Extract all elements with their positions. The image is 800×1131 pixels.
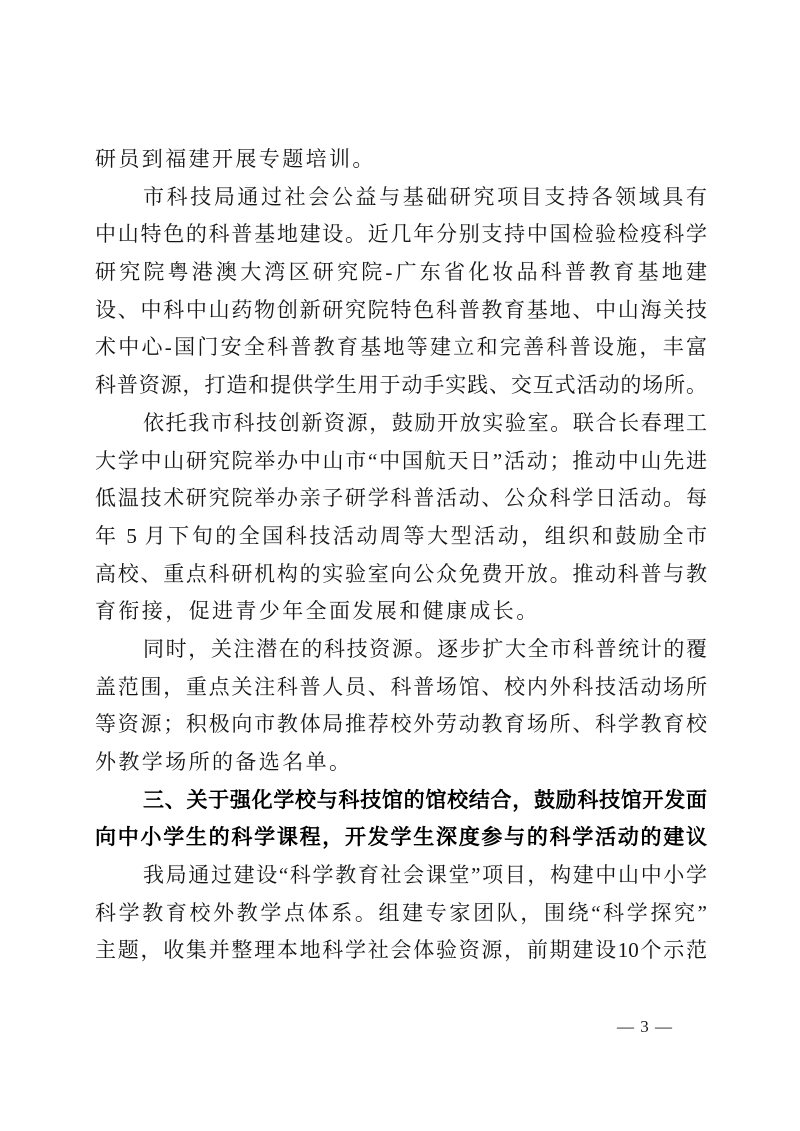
text-line: 盖范围，重点关注科普人员、科普场馆、校内外科技活动场所	[95, 669, 707, 707]
document-body: 研员到福建开展专题培训。 市科技局通过社会公益与基础研究项目支持各领域具有 中山…	[95, 141, 707, 970]
page-number: — 3 —	[617, 1016, 673, 1038]
text-line: 设、中科中山药物创新研究院特色科普教育基地、中山海关技	[95, 292, 707, 330]
text-line: 低温技术研究院举办亲子研学科普活动、公众科学日活动。每	[95, 480, 707, 518]
text-line: 外教学场所的备选名单。	[95, 744, 707, 782]
text-line: 主题，收集并整理本地科学社会体验资源，前期建设10个示范	[95, 932, 707, 970]
text-line: 科学教育校外教学点体系。组建专家团队，围绕“科学探究”	[95, 895, 707, 933]
text-line: 研员到福建开展专题培训。	[95, 141, 707, 179]
text-line: 科普资源，打造和提供学生用于动手实践、交互式活动的场所。	[95, 367, 707, 405]
text-line: 年 5 月下旬的全国科技活动周等大型活动，组织和鼓励全市	[95, 518, 707, 556]
text-line: 依托我市科技创新资源，鼓励开放实验室。联合长春理工	[95, 405, 707, 443]
text-line: 大学中山研究院举办中山市“中国航天日”活动；推动中山先进	[95, 443, 707, 481]
text-line: 术中心-国门安全科普教育基地等建立和完善科普设施，丰富	[95, 329, 707, 367]
text-line: 高校、重点科研机构的实验室向公众免费开放。推动科普与教	[95, 556, 707, 594]
text-line: 中山特色的科普基地建设。近几年分别支持中国检验检疫科学	[95, 216, 707, 254]
text-line: 同时，关注潜在的科技资源。逐步扩大全市科普统计的覆	[95, 631, 707, 669]
text-line: 研究院粤港澳大湾区研究院-广东省化妆品科普教育基地建	[95, 254, 707, 292]
text-line: 我局通过建设“科学教育社会课堂”项目，构建中山中小学	[95, 857, 707, 895]
section-heading-line: 三、关于强化学校与科技馆的馆校结合，鼓励科技馆开发面	[95, 782, 707, 820]
text-line: 育衔接，促进青少年全面发展和健康成长。	[95, 593, 707, 631]
text-line: 等资源；积极向市教体局推荐校外劳动教育场所、科学教育校	[95, 706, 707, 744]
section-heading-line: 向中小学生的科学课程，开发学生深度参与的科学活动的建议	[95, 819, 707, 857]
text-line: 市科技局通过社会公益与基础研究项目支持各领域具有	[95, 179, 707, 217]
